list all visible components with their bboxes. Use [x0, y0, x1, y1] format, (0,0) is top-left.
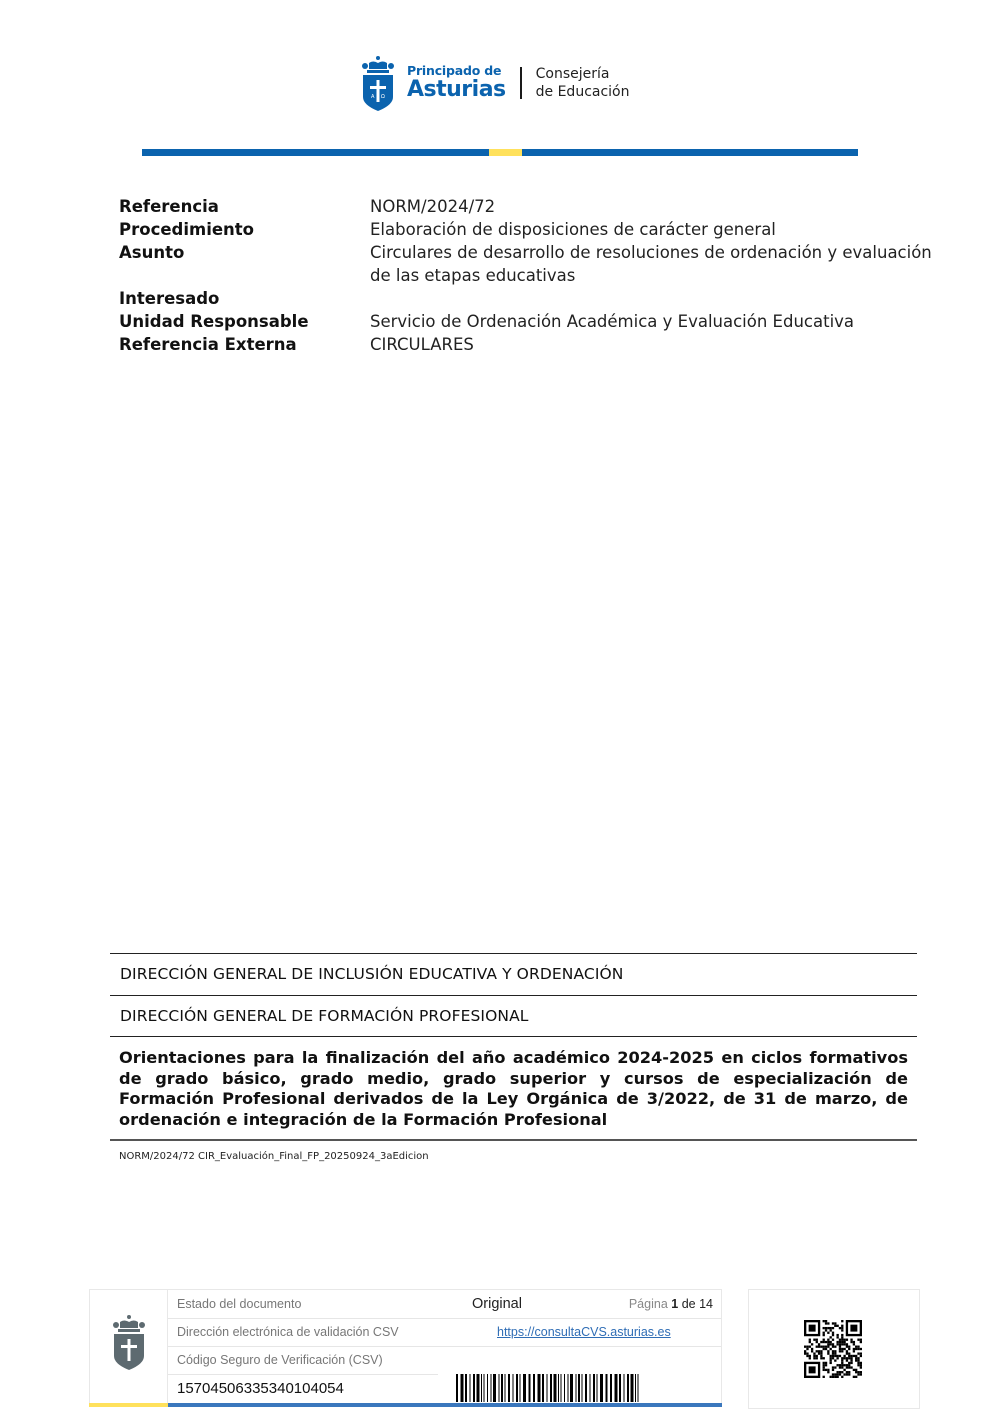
org-line-2: Asturias — [407, 78, 506, 102]
csv-label-row: Código Seguro de Verificación (CSV) — [168, 1346, 438, 1375]
metadata-row-interesado: Interesado — [119, 287, 939, 310]
footer-emblem-cell — [89, 1289, 168, 1405]
metadata-value: Servicio de Ordenación Académica y Evalu… — [370, 310, 935, 333]
directorate-inclusion: DIRECCIÓN GENERAL DE INCLUSIÓN EDUCATIVA… — [120, 965, 623, 983]
file-reference: NORM/2024/72 CIR_Evaluación_Final_FP_202… — [119, 1151, 429, 1162]
page-current: 1 — [671, 1297, 678, 1311]
page-prefix: Página — [629, 1297, 668, 1311]
divider — [110, 953, 917, 954]
page-sep: de — [682, 1297, 696, 1311]
logo-separator — [520, 67, 522, 99]
document-metadata: Referencia NORM/2024/72 Procedimiento El… — [119, 195, 939, 356]
validation-url-link[interactable]: https://consultaCVS.asturias.es — [497, 1325, 671, 1339]
csv-footer: Estado del documento Original Página 1 d… — [89, 1289, 918, 1407]
metadata-row-procedimiento: Procedimiento Elaboración de disposicion… — [119, 218, 939, 241]
csv-code: 15704506335340104054 — [177, 1380, 344, 1397]
metadata-label: Procedimiento — [119, 218, 370, 241]
status-value: Original — [472, 1296, 522, 1312]
footer-blue-bar — [168, 1403, 722, 1407]
csv-label: Código Seguro de Verificación (CSV) — [177, 1353, 383, 1367]
svg-text:Ω: Ω — [381, 94, 385, 100]
metadata-row-referencia-externa: Referencia Externa CIRCULARES — [119, 333, 939, 356]
metadata-row-asunto: Asunto Circulares de desarrollo de resol… — [119, 241, 939, 287]
footer-yellow-bar — [89, 1403, 168, 1407]
status-label: Estado del documento — [177, 1297, 301, 1311]
status-row: Estado del documento Original Página 1 d… — [168, 1290, 721, 1319]
department-name: Consejería de Educación — [536, 65, 630, 101]
metadata-value: Elaboración de disposiciones de carácter… — [370, 218, 935, 241]
metadata-value: CIRCULARES — [370, 333, 935, 356]
footer-info-cell: Estado del documento Original Página 1 d… — [167, 1289, 722, 1405]
barcode-image — [456, 1374, 640, 1402]
org-line-1: Principado de — [407, 64, 506, 78]
metadata-value — [370, 287, 935, 310]
metadata-label: Interesado — [119, 287, 370, 310]
asturias-shield-icon — [112, 1314, 146, 1370]
metadata-label: Referencia Externa — [119, 333, 370, 356]
qr-code-image — [804, 1320, 862, 1378]
validation-label: Dirección electrónica de validación CSV — [177, 1325, 399, 1339]
metadata-label: Referencia — [119, 195, 370, 218]
footer-qr-cell — [748, 1289, 920, 1409]
metadata-value: NORM/2024/72 — [370, 195, 935, 218]
metadata-label: Asunto — [119, 241, 370, 287]
divider — [110, 1139, 917, 1141]
metadata-label: Unidad Responsable — [119, 310, 370, 333]
header-logo: A Ω Principado de Asturias Consejería de… — [361, 55, 630, 111]
document-title: Orientaciones para la finalización del a… — [119, 1048, 908, 1130]
page-indicator: Página 1 de 14 — [629, 1297, 713, 1311]
metadata-value: Circulares de desarrollo de resoluciones… — [370, 241, 935, 287]
page-total: 14 — [699, 1297, 713, 1311]
validation-row: Dirección electrónica de validación CSV … — [168, 1318, 721, 1347]
header-color-bar-accent — [489, 149, 522, 156]
divider — [110, 1036, 917, 1037]
svg-text:A: A — [371, 94, 375, 100]
header-color-bar — [142, 149, 858, 156]
metadata-row-unidad-responsable: Unidad Responsable Servicio de Ordenació… — [119, 310, 939, 333]
dept-line-2: de Educación — [536, 83, 630, 101]
organization-name: Principado de Asturias — [407, 64, 506, 102]
asturias-shield-icon: A Ω — [361, 55, 395, 111]
divider — [110, 995, 917, 996]
metadata-row-referencia: Referencia NORM/2024/72 — [119, 195, 939, 218]
directorate-fp: DIRECCIÓN GENERAL DE FORMACIÓN PROFESION… — [120, 1007, 529, 1025]
dept-line-1: Consejería — [536, 65, 630, 83]
